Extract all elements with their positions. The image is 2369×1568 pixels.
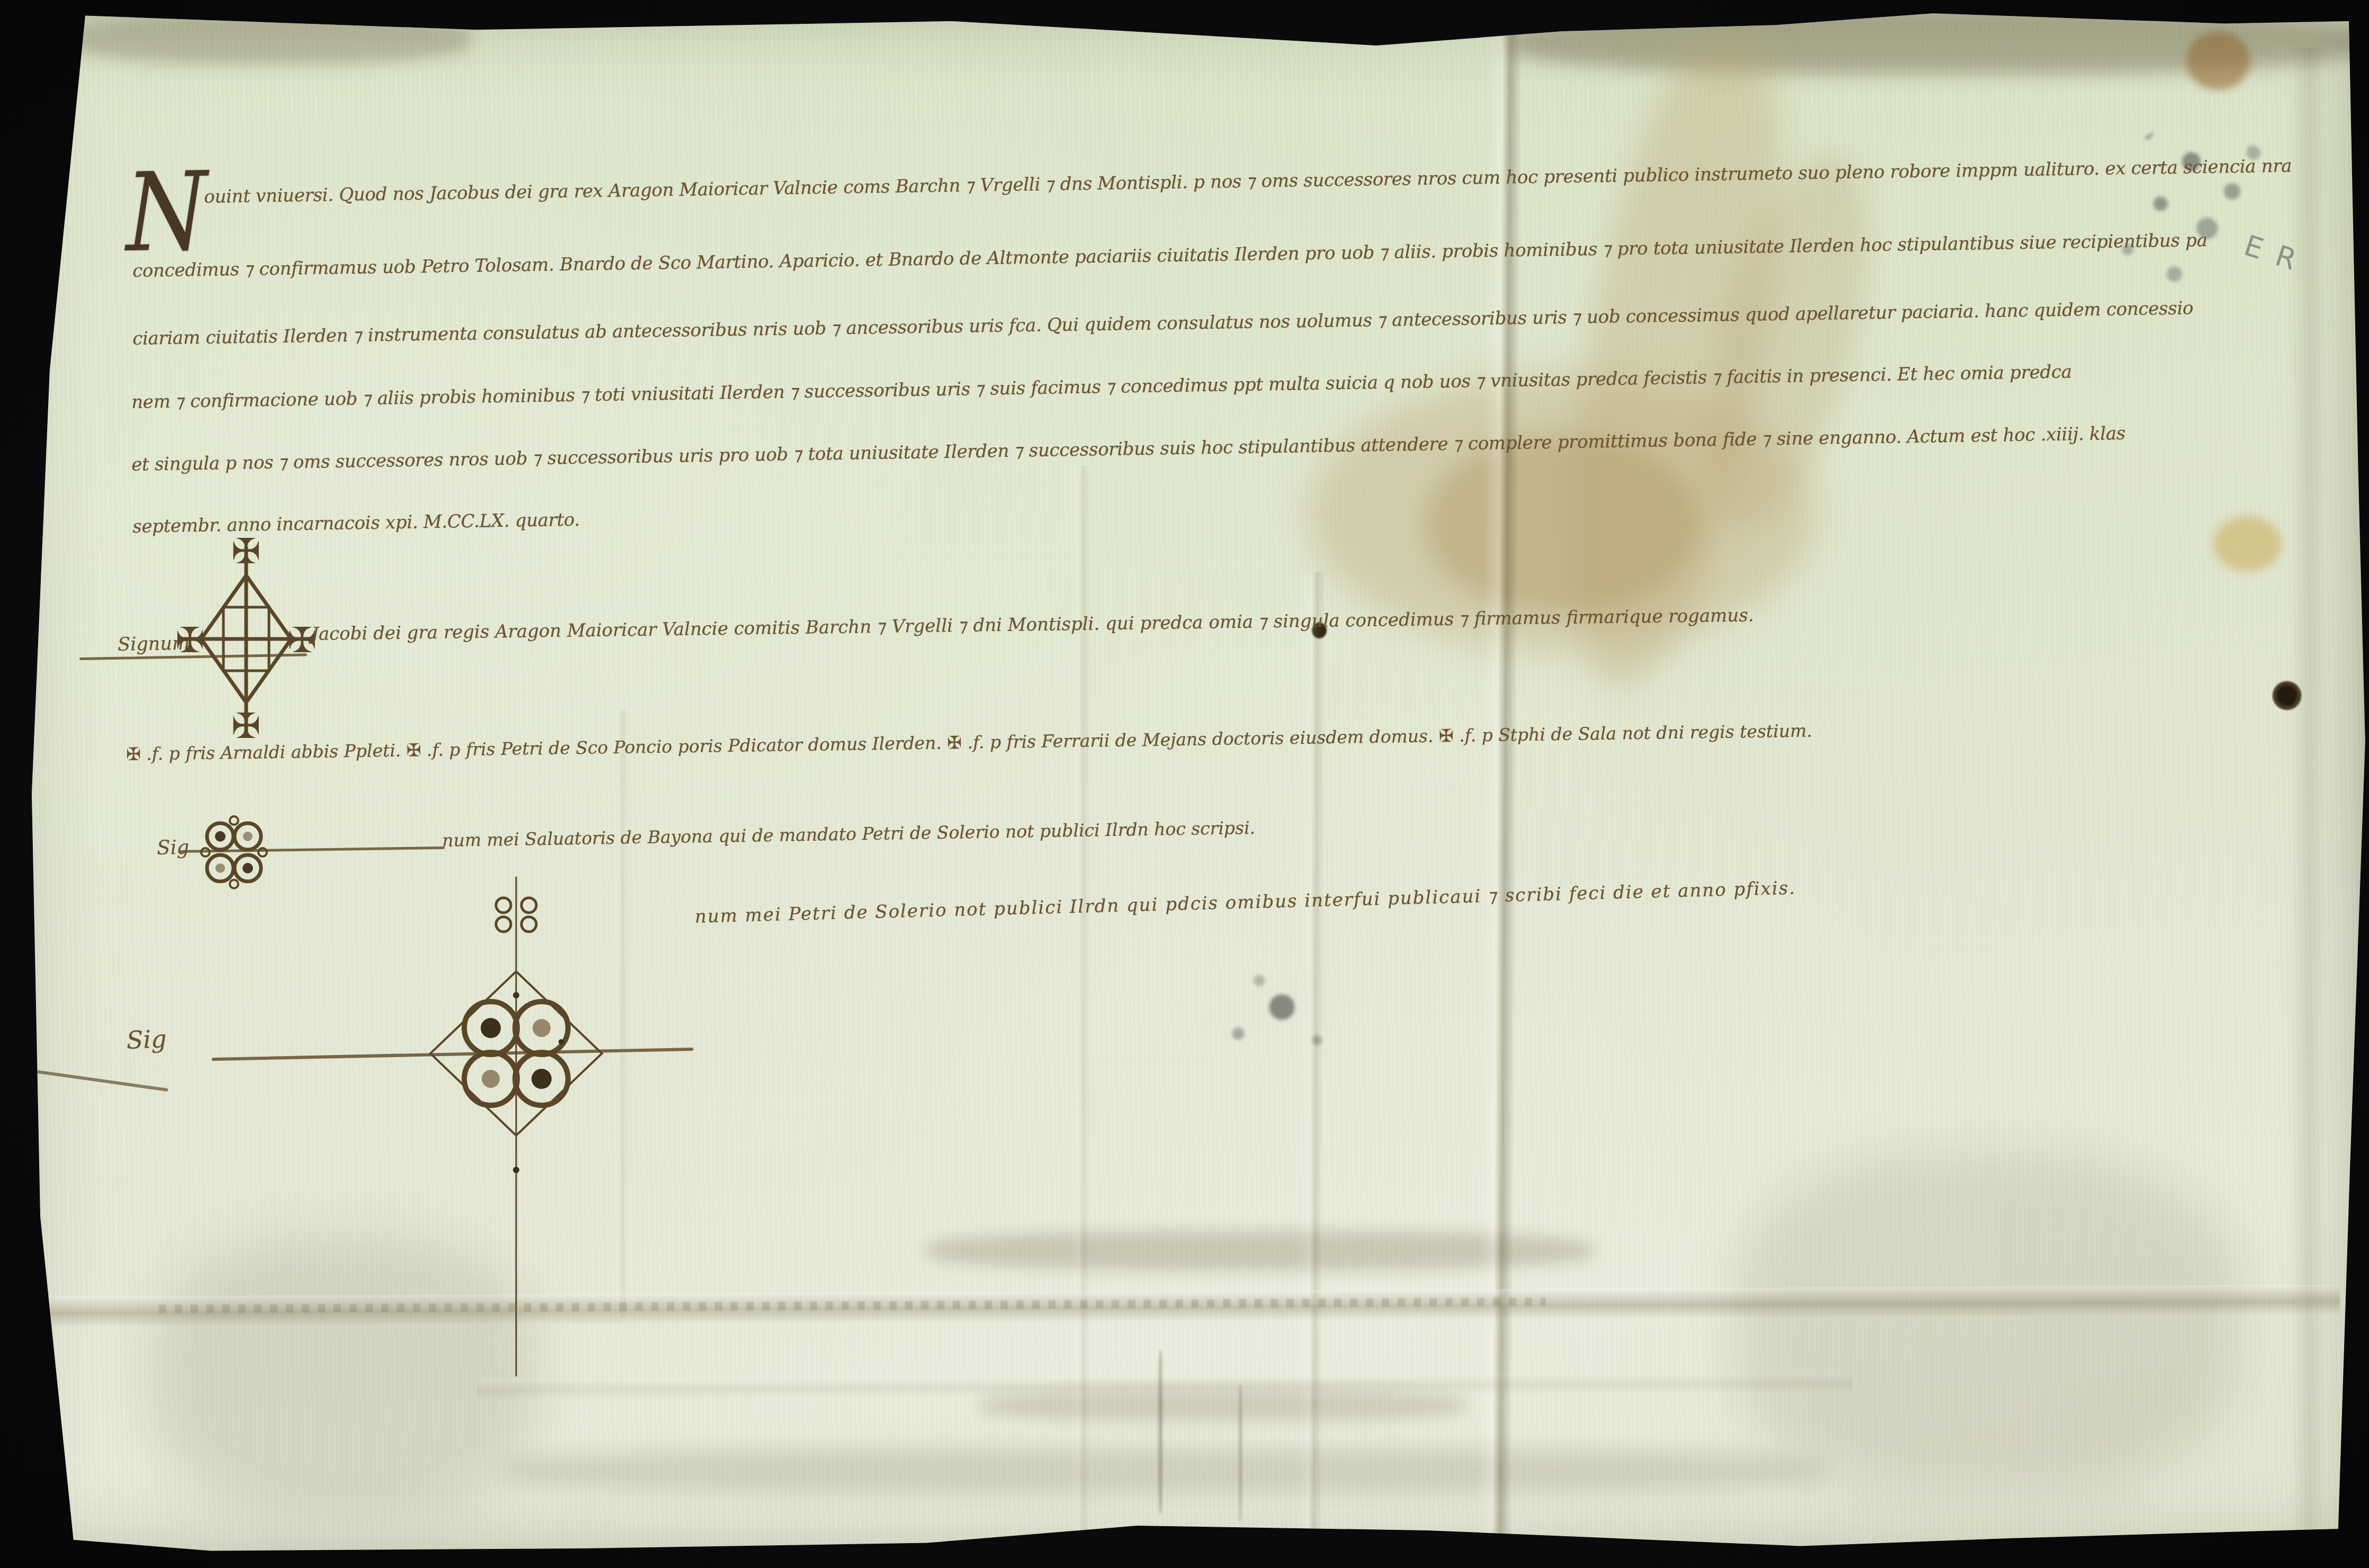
parchment-sheet: N ouint vniuersi. Quod nos Jacobus dei g… <box>0 0 2369 1568</box>
notarial-sign-large-icon <box>426 873 606 1382</box>
royal-signum-icon: ✠ ✠ ✠ ✠ <box>177 536 315 742</box>
svg-text:✠: ✠ <box>177 620 205 661</box>
pencil-streak <box>0 0 8 90</box>
notary-sig-word: Sig <box>126 1024 167 1055</box>
photograph-black-background: N ouint vniuersi. Quod nos Jacobus dei g… <box>0 0 2369 1568</box>
svg-text:✠: ✠ <box>231 536 260 572</box>
illuminated-initial: N <box>125 149 209 276</box>
notarial-sign-icon <box>195 811 272 894</box>
notary-sig-word: Sig <box>157 836 190 859</box>
svg-text:✠: ✠ <box>231 706 260 742</box>
